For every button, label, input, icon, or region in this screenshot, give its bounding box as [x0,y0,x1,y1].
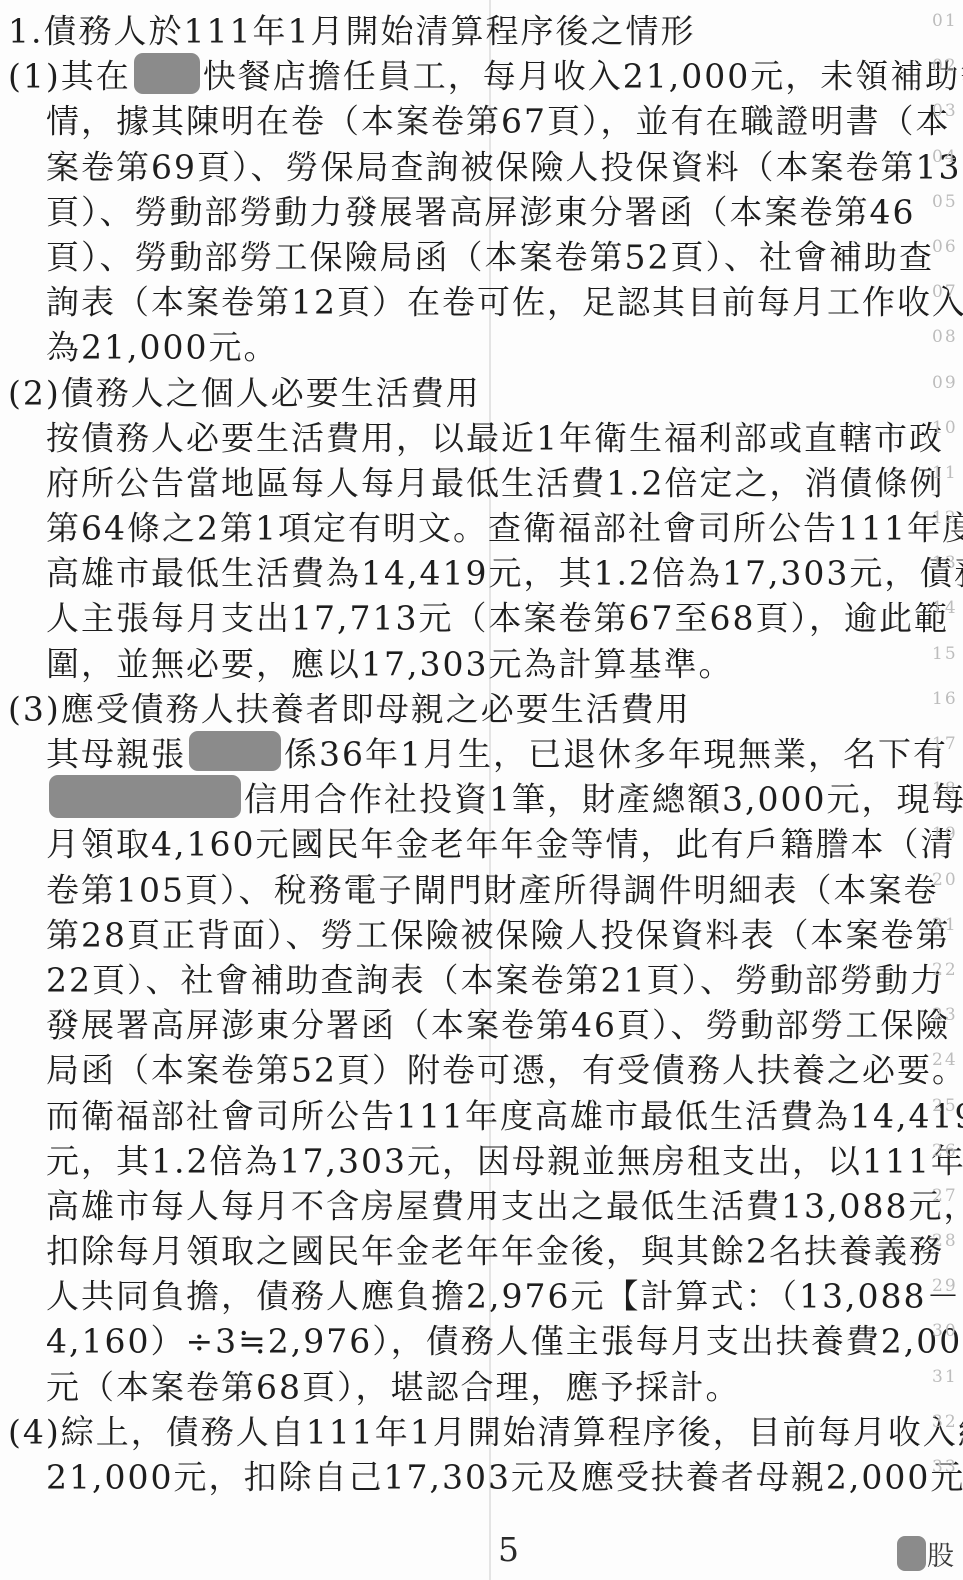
line-text: 係36年1月生，已退休多年現無業，名下有 [284,734,948,773]
document-line: (1)其在快餐店擔任員工，每月收入21,000元，未領補助等02 [8,51,955,96]
line-number: 06 [932,237,958,257]
line-text: 第28頁正背面）、勞工保險被保險人投保資料表（本案卷第 [46,915,951,954]
line-text: 案卷第69頁）、勞保局查詢被保險人投保資料（本案卷第13 [46,147,961,186]
line-content: 21,000元，扣除自己17,303元及應受扶養者母親2,000元之 [8,1452,963,1500]
line-text: 月領取4,160元國民年金老年年金等情，此有戶籍謄本（清 [46,825,955,864]
line-number: 01 [932,11,958,31]
line-content: 22頁）、社會補助查詢表（本案卷第21頁）、勞動部勞動力 [8,955,945,1003]
line-number: 11 [932,463,958,483]
line-text: (1)其在 [8,57,131,96]
line-text: 21,000元，扣除自己17,303元及應受扶養者母親2,000元之 [46,1457,963,1496]
line-number: 09 [932,373,958,393]
page-number: 5 [498,1530,519,1569]
line-content: 頁）、勞動部勞動力發展署高屏澎東分署函（本案卷第46 [8,187,916,235]
line-text: 府所公告當地區每人每月最低生活費1.2倍定之，消債條例 [46,463,944,502]
line-text: 詢表（本案卷第12頁）在卷可佐，足認其目前每月工作收入 [46,283,963,322]
line-text: 其母親張 [46,734,186,773]
line-number: 31 [932,1367,958,1387]
document-line: 情，據其陳明在卷（本案卷第67頁），並有在職證明書（本03 [8,96,955,141]
line-text: (3)應受債務人扶養者即母親之必要生活費用 [8,689,691,728]
line-content: 府所公告當地區每人每月最低生活費1.2倍定之，消債條例 [8,458,944,506]
document-body: 1.債務人於111年1月開始清算程序後之情形01(1)其在快餐店擔任員工，每月收… [8,6,955,1497]
line-number: 29 [932,1276,958,1296]
line-number: 23 [932,1005,958,1025]
line-number: 19 [932,824,958,844]
line-content: 月領取4,160元國民年金老年年金等情，此有戶籍謄本（清 [8,819,955,867]
redaction-box [134,53,200,94]
line-number: 20 [932,870,958,890]
line-text: 為21,000元。 [46,328,278,367]
document-line: 詢表（本案卷第12頁）在卷可佐，足認其目前每月工作收入07 [8,277,955,322]
document-line: 為21,000元。08 [8,322,955,367]
line-content: (3)應受債務人扶養者即母親之必要生活費用 [8,684,691,732]
line-text: 人共同負擔，債務人應負擔2,976元【計算式：（13,088－ [46,1277,961,1316]
line-text: 頁）、勞動部勞工保險局函（本案卷第52頁）、社會補助查 [46,237,934,276]
line-number: 15 [932,644,958,664]
line-content: 元（本案卷第68頁），堪認合理，應予採計。 [8,1362,741,1410]
document-line: (3)應受債務人扶養者即母親之必要生活費用16 [8,684,955,729]
document-line: 發展署高屏澎東分署函（本案卷第46頁）、勞動部勞工保險23 [8,1000,955,1045]
document-line: 府所公告當地區每人每月最低生活費1.2倍定之，消債條例11 [8,458,955,503]
line-text: 情，據其陳明在卷（本案卷第67頁），並有在職證明書（本 [46,102,951,141]
document-line: 第28頁正背面）、勞工保險被保險人投保資料表（本案卷第21 [8,910,955,955]
line-number: 12 [932,508,958,528]
line-number: 02 [932,56,958,76]
line-text: 第64條之2第1項定有明文。查衛福部社會司所公告111年度 [46,508,963,547]
line-text: 信用合作社投資1筆，財產總額3,000元，現每 [244,780,963,819]
line-number: 25 [932,1096,958,1116]
line-text: 元（本案卷第68頁），堪認合理，應予採計。 [46,1367,741,1406]
line-number: 18 [932,779,958,799]
document-line: 4,160）÷3≒2,976），債務人僅主張每月支出扶養費2,00030 [8,1316,955,1361]
line-content: 卷第105頁）、稅務電子閘門財產所得調件明細表（本案卷 [8,865,939,913]
line-text: 頁）、勞動部勞動力發展署高屏澎東分署函（本案卷第46 [46,192,916,231]
line-content: 元，其1.2倍為17,303元，因母親並無房租支出，以111年度 [8,1136,963,1184]
document-line: 1.債務人於111年1月開始清算程序後之情形01 [8,6,955,51]
page-footer: 5 股 [0,1528,963,1573]
line-number: 30 [932,1321,958,1341]
line-text: 快餐店擔任員工，每月收入21,000元，未領補助等 [203,57,963,96]
line-number: 17 [932,734,958,754]
document-line: 元（本案卷第68頁），堪認合理，應予採計。31 [8,1362,955,1407]
clerk-stamp: 股 [897,1534,954,1573]
line-number: 21 [932,915,958,935]
line-text: 1.債務人於111年1月開始清算程序後之情形 [8,11,695,50]
document-line: 扣除每月領取之國民年金老年年金後，與其餘2名扶養義務28 [8,1226,955,1271]
line-content: (2)債務人之個人必要生活費用 [8,368,481,416]
line-text: 4,160）÷3≒2,976），債務人僅主張每月支出扶養費2,000 [46,1322,963,1361]
document-line: 按債務人必要生活費用，以最近1年衛生福利部或直轄市政10 [8,413,955,458]
line-number: 32 [932,1412,958,1432]
line-content: 4,160）÷3≒2,976），債務人僅主張每月支出扶養費2,000 [8,1316,963,1364]
line-number: 24 [932,1050,958,1070]
line-number: 22 [932,960,958,980]
line-content: 第64條之2第1項定有明文。查衛福部社會司所公告111年度 [8,503,963,551]
line-text: 局函（本案卷第52頁）附卷可憑，有受債務人扶養之必要。 [46,1051,963,1090]
line-number: 28 [932,1231,958,1251]
line-content: 高雄市每人每月不含房屋費用支出之最低生活費13,088元， [8,1181,963,1229]
line-text: 元，其1.2倍為17,303元，因母親並無房租支出，以111年度 [46,1141,963,1180]
document-line: 22頁）、社會補助查詢表（本案卷第21頁）、勞動部勞動力22 [8,955,955,1000]
line-content: 扣除每月領取之國民年金老年年金後，與其餘2名扶養義務 [8,1226,944,1274]
line-content: 人共同負擔，債務人應負擔2,976元【計算式：（13,088－ [8,1271,961,1319]
line-number: 26 [932,1141,958,1161]
line-content: 第28頁正背面）、勞工保險被保險人投保資料表（本案卷第 [8,910,951,958]
document-line: 頁）、勞動部勞工保險局函（本案卷第52頁）、社會補助查06 [8,232,955,277]
line-text: 而衛福部社會司所公告111年度高雄市最低生活費為14,419 [46,1096,963,1135]
line-text: 發展署高屏澎東分署函（本案卷第46頁）、勞動部勞工保險 [46,1006,951,1045]
line-text: 高雄市最低生活費為14,419元，其1.2倍為17,303元，債務 [46,554,963,593]
line-content: 信用合作社投資1筆，財產總額3,000元，現每 [8,774,963,824]
document-line: 第64條之2第1項定有明文。查衛福部社會司所公告111年度12 [8,503,955,548]
line-content: 發展署高屏澎東分署函（本案卷第46頁）、勞動部勞工保險 [8,1000,951,1048]
document-line: 高雄市每人每月不含房屋費用支出之最低生活費13,088元，27 [8,1181,955,1226]
line-text: (2)債務人之個人必要生活費用 [8,373,481,412]
document-line: 高雄市最低生活費為14,419元，其1.2倍為17,303元，債務13 [8,548,955,593]
document-line: 元，其1.2倍為17,303元，因母親並無房租支出，以111年度26 [8,1136,955,1181]
line-number: 03 [932,101,958,121]
line-content: 其母親張係36年1月生，已退休多年現無業，名下有 [8,729,948,777]
line-text: 按債務人必要生活費用，以最近1年衛生福利部或直轄市政 [46,418,944,457]
document-line: 案卷第69頁）、勞保局查詢被保險人投保資料（本案卷第1304 [8,142,955,187]
line-content: 高雄市最低生活費為14,419元，其1.2倍為17,303元，債務 [8,548,963,596]
line-text: 高雄市每人每月不含房屋費用支出之最低生活費13,088元， [46,1186,963,1225]
document-line: 局函（本案卷第52頁）附卷可憑，有受債務人扶養之必要。24 [8,1045,955,1090]
line-number: 27 [932,1186,958,1206]
document-line: 信用合作社投資1筆，財產總額3,000元，現每18 [8,774,955,819]
line-number: 16 [932,689,958,709]
line-number: 07 [932,282,958,302]
line-content: 而衛福部社會司所公告111年度高雄市最低生活費為14,419 [8,1091,963,1139]
line-text: 卷第105頁）、稅務電子閘門財產所得調件明細表（本案卷 [46,870,939,909]
document-line: 人主張每月支出17,713元（本案卷第67至68頁），逾此範14 [8,593,955,638]
line-number: 33 [932,1457,958,1477]
line-text: (4)綜上，債務人自111年1月開始清算程序後，目前每月收入約 [8,1412,963,1451]
document-line: 頁）、勞動部勞動力發展署高屏澎東分署函（本案卷第4605 [8,187,955,232]
line-text: 22頁）、社會補助查詢表（本案卷第21頁）、勞動部勞動力 [46,960,945,999]
document-line: (4)綜上，債務人自111年1月開始清算程序後，目前每月收入約32 [8,1407,955,1452]
line-content: 案卷第69頁）、勞保局查詢被保險人投保資料（本案卷第13 [8,142,961,190]
line-content: 情，據其陳明在卷（本案卷第67頁），並有在職證明書（本 [8,96,951,144]
document-line: 月領取4,160元國民年金老年年金等情，此有戶籍謄本（清19 [8,819,955,864]
line-number: 13 [932,553,958,573]
line-content: 1.債務人於111年1月開始清算程序後之情形 [8,6,695,54]
stamp-label: 股 [927,1534,954,1573]
document-line: 卷第105頁）、稅務電子閘門財產所得調件明細表（本案卷20 [8,865,955,910]
line-content: (1)其在快餐店擔任員工，每月收入21,000元，未領補助等 [8,51,963,100]
document-line: 人共同負擔，債務人應負擔2,976元【計算式：（13,088－29 [8,1271,955,1316]
line-text: 人主張每月支出17,713元（本案卷第67至68頁），逾此範 [46,599,949,638]
line-number: 14 [932,598,958,618]
line-content: 人主張每月支出17,713元（本案卷第67至68頁），逾此範 [8,593,949,641]
document-line: 其母親張係36年1月生，已退休多年現無業，名下有17 [8,729,955,774]
line-content: 圍，並無必要，應以17,303元為計算基準。 [8,639,733,687]
line-text: 扣除每月領取之國民年金老年年金後，與其餘2名扶養義務 [46,1231,944,1270]
line-number: 10 [932,418,958,438]
document-line: 圍，並無必要，應以17,303元為計算基準。15 [8,639,955,684]
line-text: 圍，並無必要，應以17,303元為計算基準。 [46,644,733,683]
line-content: 詢表（本案卷第12頁）在卷可佐，足認其目前每月工作收入 [8,277,963,325]
redaction-box [189,731,281,771]
line-content: 按債務人必要生活費用，以最近1年衛生福利部或直轄市政 [8,413,944,461]
line-number: 04 [932,147,958,167]
line-number: 08 [932,327,958,347]
line-content: 頁）、勞動部勞工保險局函（本案卷第52頁）、社會補助查 [8,232,934,280]
line-content: 為21,000元。 [8,322,278,370]
document-line: 而衛福部社會司所公告111年度高雄市最低生活費為14,41925 [8,1091,955,1136]
line-number: 05 [932,192,958,212]
document-line: (2)債務人之個人必要生活費用09 [8,368,955,413]
stamp-redaction-box [897,1536,926,1571]
line-content: 局函（本案卷第52頁）附卷可憑，有受債務人扶養之必要。 [8,1045,963,1093]
line-content: (4)綜上，債務人自111年1月開始清算程序後，目前每月收入約 [8,1407,963,1455]
document-line: 21,000元，扣除自己17,303元及應受扶養者母親2,000元之33 [8,1452,955,1497]
redaction-box [49,775,241,818]
